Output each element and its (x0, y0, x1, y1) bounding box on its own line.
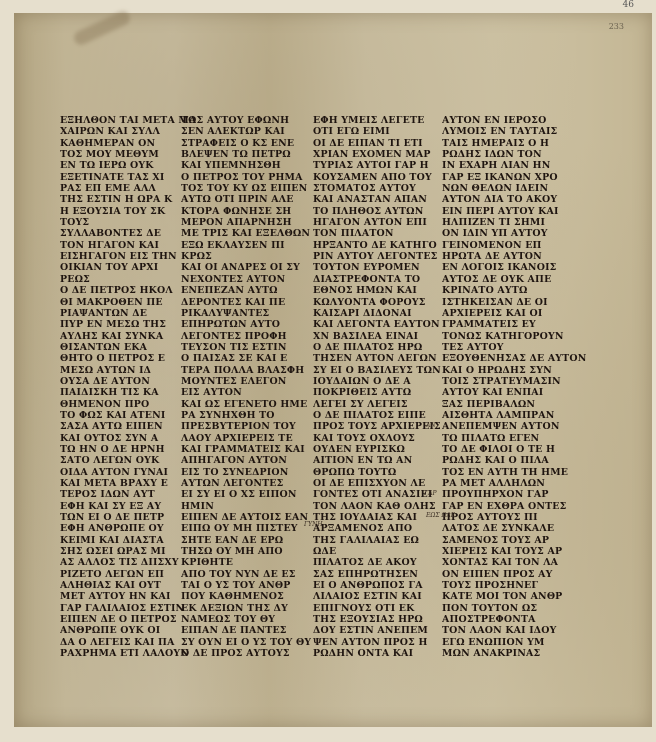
manuscript-line: ΧΑΙΡΩΝ ΚΑΙ ΣΥΛΛ (60, 126, 196, 137)
manuscript-line: ΟΙΚΙΑΝ ΤΟΥ ΑΡΧΙ (60, 262, 196, 273)
manuscript-line: ΤΗΣ ΕΞΟΥΣΙΑΣ ΗΡΩ (313, 614, 441, 625)
manuscript-line: ΤΟΥΣ ΠΡΟΣΗΝΕΓ (442, 580, 587, 591)
manuscript-line: ΕΙΣΗΓΑΓΟΝ ΕΙΣ ΤΗΝ (60, 251, 196, 262)
manuscript-line: ΛΙΛΑΙΟΣ ΕΣΤΙΝ ΚΑΙ (313, 591, 441, 602)
manuscript-line: ΤΟΙΣ ΣΤΡΑΤΕΥΜΑΣΙΝ (442, 376, 587, 387)
manuscript-line: ΠΙΛΑΤΟΣ ΔΕ ΑΚΟΥ (313, 557, 441, 568)
manuscript-line: ΣΑΣΑ ΑΥΤΩ ΕΙΠΕΝ (60, 421, 196, 432)
manuscript-line: ΕΦΗ ΚΑΙ ΣΥ ΕΞ ΑΥ (60, 501, 196, 512)
manuscript-line: ΗΡΩΤΑ ΔΕ ΑΥΤΟΝ (442, 251, 587, 262)
manuscript-line: ΟΥΔΕΝ ΕΥΡΙΣΚΩ (313, 444, 441, 455)
manuscript-line: ΤΗΣΕΝ ΑΥΤΟΝ ΛΕΓΩΝ (313, 353, 441, 364)
manuscript-line: ΤΟΣ ΕΝ ΑΥΤΗ ΤΗ ΗΜΕ (442, 467, 587, 478)
manuscript-line: ΣΕΝ ΑΛΕΚΤΩΡ ΚΑΙ (181, 126, 311, 137)
manuscript-line: ΤΕΥΣΟΝ ΤΙΣ ΕΣΤΙΝ (181, 342, 311, 353)
manuscript-line: ΓΡΑΜΜΑΤΕΙΣ ΕΥ (442, 319, 587, 330)
manuscript-line: ΜΕΣΩ ΑΥΤΩΝ ΙΔ (60, 365, 196, 376)
manuscript-line: Ο ΠΕΤΡΟΣ ΤΟΥ ΡΗΜΑ (181, 172, 311, 183)
manuscript-line: ΕΙΠΑΝ ΔΕ ΠΑΝΤΕΣ (181, 625, 311, 636)
manuscript-line: ΙΝ ΕΧΑΡΗ ΛΙΑΝ ΗΝ (442, 160, 587, 171)
manuscript-line: ΔΙΑΣΤΡΕΦΟΝΤΑ ΤΟ (313, 274, 441, 285)
manuscript-line: ΕΝ ΤΩ ΙΕΡΩ ΟΥΚ (60, 160, 196, 171)
manuscript-line: ΚΑΙΣΑΡΙ ΔΙΔΟΝΑΙ (313, 308, 441, 319)
manuscript-line: ΙΟΥΔΑΙΩΝ Ο ΔΕ Α (313, 376, 441, 387)
manuscript-line: ΤΥΡΙΑΣ ΑΥΤΟΙ ΓΑΡ Η (313, 160, 441, 171)
manuscript-line: ΠΟΥ ΚΑΘΗΜΕΝΟΣ (181, 591, 311, 602)
manuscript-line: ΘΡΩΠΩ ΤΟΥΤΩ (313, 467, 441, 478)
manuscript-line: ΤΟΣ ΜΟΥ ΜΕΘΥΜ (60, 149, 196, 160)
manuscript-line: Ο ΠΑΙΣΑΣ ΣΕ ΚΑΙ Ε (181, 353, 311, 364)
manuscript-line: ΟΝ ΙΔΙΝ ΥΠ ΑΥΤΟΥ (442, 228, 587, 239)
manuscript-line: ΡΙΖΕΤΟ ΛΕΓΩΝ ΕΠ (60, 569, 196, 580)
text-column-1: ΕΞΗΛΘΟΝ ΤΑΙ ΜΕΤΑ ΜΑΧΑΙΡΩΝ ΚΑΙ ΣΥΛΛΚΑΘΗΜΕ… (60, 115, 196, 660)
manuscript-line: ΛΑΤΟΣ ΔΕ ΣΥΝΚΑΛΕ (442, 523, 587, 534)
manuscript-line: ΕΠΗΡΩΤΩΝ ΑΥΤΟ (181, 319, 311, 330)
manuscript-line: ΚΑΤΕ ΜΟΙ ΤΟΝ ΑΝΘΡ (442, 591, 587, 602)
manuscript-line: ΤΗΣΩ ΟΥ ΜΗ ΑΠΟ (181, 546, 311, 557)
manuscript-line: ΤΟ ΦΩΣ ΚΑΙ ΑΤΕΝΙ (60, 410, 196, 421)
manuscript-line: ΜΕ ΤΡΙΣ ΚΑΙ ΕΞΕΛΘΩΝ (181, 228, 311, 239)
manuscript-line: ΤΟ ΔΕ ΦΙΛΟΙ Ο ΤΕ Η (442, 444, 587, 455)
manuscript-line: ΑΛΗΘΙΑΣ ΚΑΙ ΟΥΤ (60, 580, 196, 591)
manuscript-line: ΤΕΡΟΣ ΙΔΩΝ ΑΥΤ (60, 489, 196, 500)
manuscript-line: ΤΩ ΗΝ Ο ΔΕ ΗΡΝΗ (60, 444, 196, 455)
manuscript-line: ΚΑΙ ΑΝΑΣΤΑΝ ΑΠΑΝ (313, 194, 441, 205)
manuscript-line: ΗΓΑΓΟΝ ΑΥΤΟΝ ΕΠΙ (313, 217, 441, 228)
manuscript-line: Η ΕΞΟΥΣΙΑ ΤΟΥ ΣΚ (60, 206, 196, 217)
manuscript-line: ΚΡΙΘΗΤΕ (181, 557, 311, 568)
manuscript-line: ΕΙΠΕΝ ΔΕ ΑΥΤΟΙΣ ΕΑΝ (181, 512, 311, 523)
manuscript-line: ΝΕΧΟΝΤΕΣ ΑΥΤΟΝ (181, 274, 311, 285)
manuscript-line: ΑΥΛΗΣ ΚΑΙ ΣΥΝΚΑ (60, 331, 196, 342)
manuscript-line: ΕΙΠΩ ΟΥ ΜΗ ΠΙΣΤΕΥ (181, 523, 311, 534)
manuscript-line: ΟΙ ΔΕ ΕΙΠΑΝ ΤΙ ΕΤΙ (313, 138, 441, 149)
manuscript-line: ΧΙΕΡΕΙΣ ΚΑΙ ΤΟΥΣ ΑΡ (442, 546, 587, 557)
manuscript-line: ΣΑΜΕΝΟΣ ΤΟΥΣ ΑΡ (442, 535, 587, 546)
manuscript-line: ΤΩΝ ΕΙ Ο ΔΕ ΠΕΤΡ (60, 512, 196, 523)
manuscript-line: ΛΕΓΟΝΤΕΣ ΠΡΟΦΗ (181, 331, 311, 342)
manuscript-line: ΚΑΙ ΤΟΥΣ ΟΧΛΟΥΣ (313, 433, 441, 444)
manuscript-line: ΑΝΕΠΕΜΨΕΝ ΑΥΤΟΝ (442, 421, 587, 432)
manuscript-line: ΚΤΟΡΑ ΦΩΝΗΣΕ ΣΗ (181, 206, 311, 217)
folio-number: 233 (609, 22, 624, 31)
marginal-note: ΑΝ (426, 422, 436, 429)
text-column-3: ΕΦΗ ΥΜΕΙΣ ΛΕΓΕΤΕΟΤΙ ΕΓΩ ΕΙΜΙΟΙ ΔΕ ΕΙΠΑΝ … (313, 115, 441, 660)
manuscript-line: ΤΕΣ ΑΥΤΟΥ (442, 342, 587, 353)
manuscript-line: ΞΑΣ ΠΕΡΙΒΑΛΩΝ (442, 399, 587, 410)
manuscript-line: ΤΑΙ Ο ΥΣ ΤΟΥ ΑΝΘΡ (181, 580, 311, 591)
manuscript-line: ΚΑΙ ΓΡΑΜΜΑΤΕΙΣ ΚΑΙ (181, 444, 311, 455)
manuscript-line: ΡΑ ΜΕΤ ΑΛΛΗΛΩΝ (442, 478, 587, 489)
manuscript-line: ΝΑΜΕΩΣ ΤΟΥ ΘΥ (181, 614, 311, 625)
manuscript-line: ΟΙΔΑ ΑΥΤΟΝ ΓΥΝΑΙ (60, 467, 196, 478)
manuscript-line: ΚΑΘΗΜΕΡΑΝ ΟΝ (60, 138, 196, 149)
manuscript-line: ΧΝ ΒΑΣΙΛΕΑ ΕΙΝΑΙ (313, 331, 441, 342)
manuscript-line: ΗΜΙΝ (181, 501, 311, 512)
manuscript-line: ΤΟΥΤΟΝ ΕΥΡΟΜΕΝ (313, 262, 441, 273)
manuscript-line: ΡΑΧΡΗΜΑ ΕΤΙ ΛΑΛΟΥΝ (60, 648, 196, 659)
manuscript-line: ΓΟΝΤΕΣ ΟΤΙ ΑΝΑΣΙΕΙ (313, 489, 441, 500)
manuscript-line: ΝΩΝ ΘΕΛΩΝ ΙΔΕΙΝ (442, 183, 587, 194)
manuscript-line: ΤΕΡΑ ΠΟΛΛΑ ΒΛΑΣΦΗ (181, 365, 311, 376)
manuscript-line: ΚΑΙ Ο ΗΡΩΔΗΣ ΣΥΝ (442, 365, 587, 376)
manuscript-line: ΑΙΣΘΗΤΑ ΛΑΜΠΡΑΝ (442, 410, 587, 421)
manuscript-line: ΠΡΟΣ ΤΟΥΣ ΑΡΧΙΕΡΕΙΣ (313, 421, 441, 432)
manuscript-line: ΚΟΥΣΑΜΕΝ ΑΠΟ ΤΟΥ (313, 172, 441, 183)
manuscript-line: ΤΟΝ ΗΓΑΓΟΝ ΚΑΙ (60, 240, 196, 251)
manuscript-line: Ο ΔΕ ΠΙΛΑΤΟΣ ΗΡΩ (313, 342, 441, 353)
manuscript-line: ΑΠΟ ΤΟΥ ΝΥΝ ΔΕ ΕΣ (181, 569, 311, 580)
manuscript-line: ΕΙ ΣΥ ΕΙ Ο ΧΣ ΕΙΠΟΝ (181, 489, 311, 500)
marginal-note: ΓΑΡ (424, 490, 437, 497)
manuscript-line: ΤΟΣ ΤΟΥ ΚΥ ΩΣ ΕΙΠΕΝ (181, 183, 311, 194)
manuscript-line: ΘΙ ΜΑΚΡΟΘΕΝ ΠΕ (60, 297, 196, 308)
manuscript-line: ΚΑΙ ΟΙ ΑΝΔΡΕΣ ΟΙ ΣΥ (181, 262, 311, 273)
manuscript-line: ΕΙΣ ΑΥΤΟΝ (181, 387, 311, 398)
manuscript-line: ΑΠΗΓΑΓΟΝ ΑΥΤΟΝ (181, 455, 311, 466)
manuscript-line: ΚΑΙ ΟΥΤΟΣ ΣΥΝ Α (60, 433, 196, 444)
manuscript-line: ΟΥΣΑ ΔΕ ΑΥΤΟΝ (60, 376, 196, 387)
manuscript-line: ΓΑΡ ΓΑΛΙΛΑΙΟΣ ΕΣΤΙΝ (60, 603, 196, 614)
manuscript-line: ΓΕΙΝΟΜΕΝΟΝ ΕΠ (442, 240, 587, 251)
manuscript-line: ΜΕΡΟΝ ΑΠΑΡΝΗΣΗ (181, 217, 311, 228)
manuscript-line: ΣΤΟΜΑΤΟΣ ΑΥΤΟΥ (313, 183, 441, 194)
manuscript-line: ΕΞΩ ΕΚΛΑΥΣΕΝ ΠΙ (181, 240, 311, 251)
manuscript-line: ΘΙΣΑΝΤΩΝ ΕΚΑ (60, 342, 196, 353)
manuscript-line: ΕΙ Ο ΑΝΘΡΩΠΟΣ ΓΑ (313, 580, 441, 591)
manuscript-line: ΡΙΝ ΑΥΤΟΥ ΛΕΓΟΝΤΕΣ (313, 251, 441, 262)
manuscript-line: ΑΙΤΙΟΝ ΕΝ ΤΩ ΑΝ (313, 455, 441, 466)
manuscript-line: ΓΑΡ ΕΝ ΕΧΘΡΑ ΟΝΤΕΣ (442, 501, 587, 512)
manuscript-line: ΘΗΤΟ Ο ΠΕΤΡΟΣ Ε (60, 353, 196, 364)
manuscript-line: ΚΑΙ ΜΕΤΑ ΒΡΑΧΥ Ε (60, 478, 196, 489)
manuscript-line: ΠΥΡ ΕΝ ΜΕΣΩ ΤΗΣ (60, 319, 196, 330)
manuscript-line: ΤΟΝ ΛΑΟΝ ΚΑΘ ΟΛΗΣ (313, 501, 441, 512)
manuscript-line: ΕΞΗΛΘΟΝ ΤΑΙ ΜΕΤΑ ΜΑ (60, 115, 196, 126)
manuscript-line: ΤΟ ΠΛΗΘΟΣ ΑΥΤΩΝ (313, 206, 441, 217)
manuscript-line: ΑΣ ΑΛΛΟΣ ΤΙΣ ΔΙΙΣΧΥ (60, 557, 196, 568)
manuscript-line: ΧΡΙΑΝ ΕΧΟΜΕΝ ΜΑΡ (313, 149, 441, 160)
manuscript-line: ΕΞΕΤΙΝΑΤΕ ΤΑΣ ΧΙ (60, 172, 196, 183)
manuscript-line: ΕΙΝ ΠΕΡΙ ΑΥΤΟΥ ΚΑΙ (442, 206, 587, 217)
manuscript-line: ΛΑΟΥ ΑΡΧΙΕΡΕΙΣ ΤΕ (181, 433, 311, 444)
manuscript-line: ΕΙΣ ΤΟ ΣΥΝΕΔΡΙΟΝ (181, 467, 311, 478)
manuscript-line: ΨΕΝ ΑΥΤΟΝ ΠΡΟΣ Η (313, 637, 441, 648)
manuscript-line: ΚΡΙΝΑΤΟ ΑΥΤΩ (442, 285, 587, 296)
manuscript-line: ΕΠΙΓΝΟΥΣ ΟΤΙ ΕΚ (313, 603, 441, 614)
manuscript-line: ΣΥ ΟΥΝ ΕΙ Ο ΥΣ ΤΟΥ ΘΥ (181, 637, 311, 648)
manuscript-line: ΤΟΝΩΣ ΚΑΤΗΓΟΡΟΥΝ (442, 331, 587, 342)
manuscript-line: ΘΗΜΕΝΟΝ ΠΡΟ (60, 399, 196, 410)
manuscript-line: ΚΡΩΣ (181, 251, 311, 262)
manuscript-line: ΤΟΝ ΛΑΟΝ ΚΑΙ ΙΔΟΥ (442, 625, 587, 636)
manuscript-line: Ο ΔΕ ΠΙΛΑΤΟΣ ΕΙΠΕ (313, 410, 441, 421)
manuscript-line: ΚΑΙ ΩΣ ΕΓΕΝΕΤΟ ΗΜΕ (181, 399, 311, 410)
stain-mark (72, 9, 132, 47)
manuscript-line: ΜΕΤ ΑΥΤΟΥ ΗΝ ΚΑΙ (60, 591, 196, 602)
manuscript-line: ΑΥΤΟΥ ΚΑΙ ΕΝΠΑΙ (442, 387, 587, 398)
manuscript-line: ΣΥΛΛΑΒΟΝΤΕΣ ΔΕ (60, 228, 196, 239)
manuscript-line: ΠΑΙΔΙΣΚΗ ΤΙΣ ΚΑ (60, 387, 196, 398)
manuscript-line: Ο ΔΕ ΠΕΤΡΟΣ ΗΚΟΛ (60, 285, 196, 296)
text-column-4: ΑΥΤΟΝ ΕΝ ΙΕΡΟΣΟΛΥΜΟΙΣ ΕΝ ΤΑΥΤΑΙΣΤΑΙΣ ΗΜΕ… (442, 115, 587, 660)
manuscript-line: ΚΕΙΜΙ ΚΑΙ ΔΙΑΣΤΑ (60, 535, 196, 546)
manuscript-line: ΗΡΞΑΝΤΟ ΔΕ ΚΑΤΗΓΟ (313, 240, 441, 251)
manuscript-line: ΠΡΟΥΠΗΡΧΟΝ ΓΑΡ (442, 489, 587, 500)
manuscript-line: ΠΡΟΣ ΑΥΤΟΥΣ ΠΙ (442, 512, 587, 523)
manuscript-line: ΑΥΤΟΝ ΕΝ ΙΕΡΟΣΟ (442, 115, 587, 126)
manuscript-line: ΠΟΝ ΤΟΥΤΟΝ ΩΣ (442, 603, 587, 614)
manuscript-line: ΣΑΤΟ ΛΕΓΩΝ ΟΥΚ (60, 455, 196, 466)
manuscript-line: ΟΤΙ ΕΓΩ ΕΙΜΙ (313, 126, 441, 137)
manuscript-line: ΛΕΓΕΙ ΣΥ ΛΕΓΕΙΣ (313, 399, 441, 410)
manuscript-line: ΕΝ ΛΟΓΟΙΣ ΙΚΑΝΟΙΣ (442, 262, 587, 273)
mount-page-number: 46 (623, 0, 634, 10)
manuscript-line: ΕΙΠΕΝ ΔΕ Ο ΠΕΤΡΟΣ (60, 614, 196, 625)
manuscript-line: ΧΟΝΤΑΣ ΚΑΙ ΤΟΝ ΛΑ (442, 557, 587, 568)
manuscript-line: ΑΡΧΙΕΡΕΙΣ ΚΑΙ ΟΙ (442, 308, 587, 319)
manuscript-line: ΕΞΟΥΘΕΝΗΣΑΣ ΔΕ ΑΥΤΟΝ (442, 353, 587, 364)
manuscript-line: ΑΝΘΡΩΠΕ ΟΥΚ ΟΙ (60, 625, 196, 636)
manuscript-line: ΤΗΣ ΙΟΥΔΑΙΑΣ ΚΑΙ (313, 512, 441, 523)
manuscript-line: ΤΩ ΠΙΛΑΤΩ ΕΓΕΝ (442, 433, 587, 444)
manuscript-line: ΕΘΝΟΣ ΗΜΩΝ ΚΑΙ (313, 285, 441, 296)
manuscript-line: ΜΩΝ ΑΝΑΚΡΙΝΑΣ (442, 648, 587, 659)
manuscript-line: ΤΟΥΣ (60, 217, 196, 228)
manuscript-line: ΣΥ ΕΙ Ο ΒΑΣΙΛΕΥΣ ΤΩΝ (313, 365, 441, 376)
manuscript-line: ΗΛΠΙΖΕΝ ΤΙ ΣΗΜΙ (442, 217, 587, 228)
manuscript-line: ΣΑΣ ΕΠΗΡΩΤΗΣΕΝ (313, 569, 441, 580)
marginal-note: ΓΥΝΗ (304, 521, 323, 528)
manuscript-line: ΔΑ Ο ΛΕΓΕΙΣ ΚΑΙ ΠΑ (60, 637, 196, 648)
manuscript-line: ΕΓΩ ΕΝΩΠΙΟΝ ΥΜ (442, 637, 587, 648)
manuscript-line: ΑΠΟΣΤΡΕΦΟΝΤΑ (442, 614, 587, 625)
manuscript-line: ΠΟΚΡΙΘΕΙΣ ΑΥΤΩ (313, 387, 441, 398)
manuscript-line: Ο ΔΕ ΠΡΟΣ ΑΥΤΟΥΣ (181, 648, 311, 659)
manuscript-line: ΚΑΙ ΥΠΕΜΝΗΣΘΗ (181, 160, 311, 171)
manuscript-line: ΠΡΕΣΒΥΤΕΡΙΟΝ ΤΟΥ (181, 421, 311, 432)
marginal-note: ΕΩΣ ΩΔΕ (426, 512, 455, 519)
manuscript-line: ΩΔΕ (313, 546, 441, 557)
manuscript-line: ΑΡΞΑΜΕΝΟΣ ΑΠΟ (313, 523, 441, 534)
manuscript-line: ΡΩΔΗΣ ΙΔΩΝ ΤΟΝ (442, 149, 587, 160)
manuscript-line: ΑΥΤΟΣ ΔΕ ΟΥΚ ΑΠΕ (442, 274, 587, 285)
manuscript-line: ΟΙ ΔΕ ΕΠΙΣΧΥΟΝ ΛΕ (313, 478, 441, 489)
manuscript-line: ΜΟΥΝΤΕΣ ΕΛΕΓΟΝ (181, 376, 311, 387)
manuscript-line: ΡΑΣ ΕΠ ΕΜΕ ΑΛΛ (60, 183, 196, 194)
manuscript-line: ΤΗΣ ΕΣΤΙΝ Η ΩΡΑ Κ (60, 194, 196, 205)
manuscript-line: ΤΗΣ ΓΑΛΙΛΑΙΑΣ ΕΩ (313, 535, 441, 546)
manuscript-line: ΑΥΤΩ ΟΤΙ ΠΡΙΝ ΑΛΕ (181, 194, 311, 205)
manuscript-line: ΟΝ ΕΙΠΕΝ ΠΡΟΣ ΑΥ (442, 569, 587, 580)
manuscript-line: ΡΩΔΗΝ ΟΝΤΑ ΚΑΙ (313, 648, 441, 659)
manuscript-line: ΑΥΤΩΝ ΛΕΓΟΝΤΕΣ (181, 478, 311, 489)
manuscript-line: ΤΑΙΣ ΗΜΕΡΑΙΣ Ο Η (442, 138, 587, 149)
manuscript-line: ΛΥΜΟΙΣ ΕΝ ΤΑΥΤΑΙΣ (442, 126, 587, 137)
manuscript-line: ΑΥΤΟΝ ΔΙΑ ΤΟ ΑΚΟΥ (442, 194, 587, 205)
manuscript-line: ΕΝΕΠΕΖΑΝ ΑΥΤΩ (181, 285, 311, 296)
manuscript-line: ΔΕΡΟΝΤΕΣ ΚΑΙ ΠΕ (181, 297, 311, 308)
manuscript-line: ΙΣΤΗΚΕΙΣΑΝ ΔΕ ΟΙ (442, 297, 587, 308)
manuscript-line: ΡΙΑΨΑΝΤΩΝ ΔΕ (60, 308, 196, 319)
manuscript-line: ΣΗΤΕ ΕΑΝ ΔΕ ΕΡΩ (181, 535, 311, 546)
manuscript-line: ΤΟΝ ΠΙΛΑΤΟΝ (313, 228, 441, 239)
manuscript-line: ΕΦΗ ΑΝΘΡΩΠΕ ΟΥ (60, 523, 196, 534)
manuscript-line: ΕΦΗ ΥΜΕΙΣ ΛΕΓΕΤΕ (313, 115, 441, 126)
text-column-2: ΤΟΣ ΑΥΤΟΥ ΕΦΩΝΗΣΕΝ ΑΛΕΚΤΩΡ ΚΑΙΣΤΡΑΦΕΙΣ Ο… (181, 115, 311, 660)
manuscript-line: ΡΕΩΣ (60, 274, 196, 285)
manuscript-line: ΕΚ ΔΕΞΙΩΝ ΤΗΣ ΔΥ (181, 603, 311, 614)
manuscript-line: ΡΑ ΣΥΝΗΧΘΗ ΤΟ (181, 410, 311, 421)
manuscript-line: ΣΗΣ ΩΣΕΙ ΩΡΑΣ ΜΙ (60, 546, 196, 557)
manuscript-line: ΤΟΣ ΑΥΤΟΥ ΕΦΩΝΗ (181, 115, 311, 126)
manuscript-line: ΒΛΕΨΕΝ ΤΩ ΠΕΤΡΩ (181, 149, 311, 160)
manuscript-line: ΚΩΛΥΟΝΤΑ ΦΟΡΟΥΣ (313, 297, 441, 308)
manuscript-line: ΣΤΡΑΦΕΙΣ Ο ΚΣ ΕΝΕ (181, 138, 311, 149)
manuscript-line: ΚΑΙ ΛΕΓΟΝΤΑ ΕΑΥΤΟΝ (313, 319, 441, 330)
manuscript-line: ΡΩΔΗΣ ΚΑΙ Ο ΠΙΛΑ (442, 455, 587, 466)
manuscript-line: ΔΟΥ ΕΣΤΙΝ ΑΝΕΠΕΜ (313, 625, 441, 636)
manuscript-line: ΡΙΚΑΛΥΨΑΝΤΕΣ (181, 308, 311, 319)
manuscript-line: ΓΑΡ ΕΞ ΙΚΑΝΩΝ ΧΡΟ (442, 172, 587, 183)
